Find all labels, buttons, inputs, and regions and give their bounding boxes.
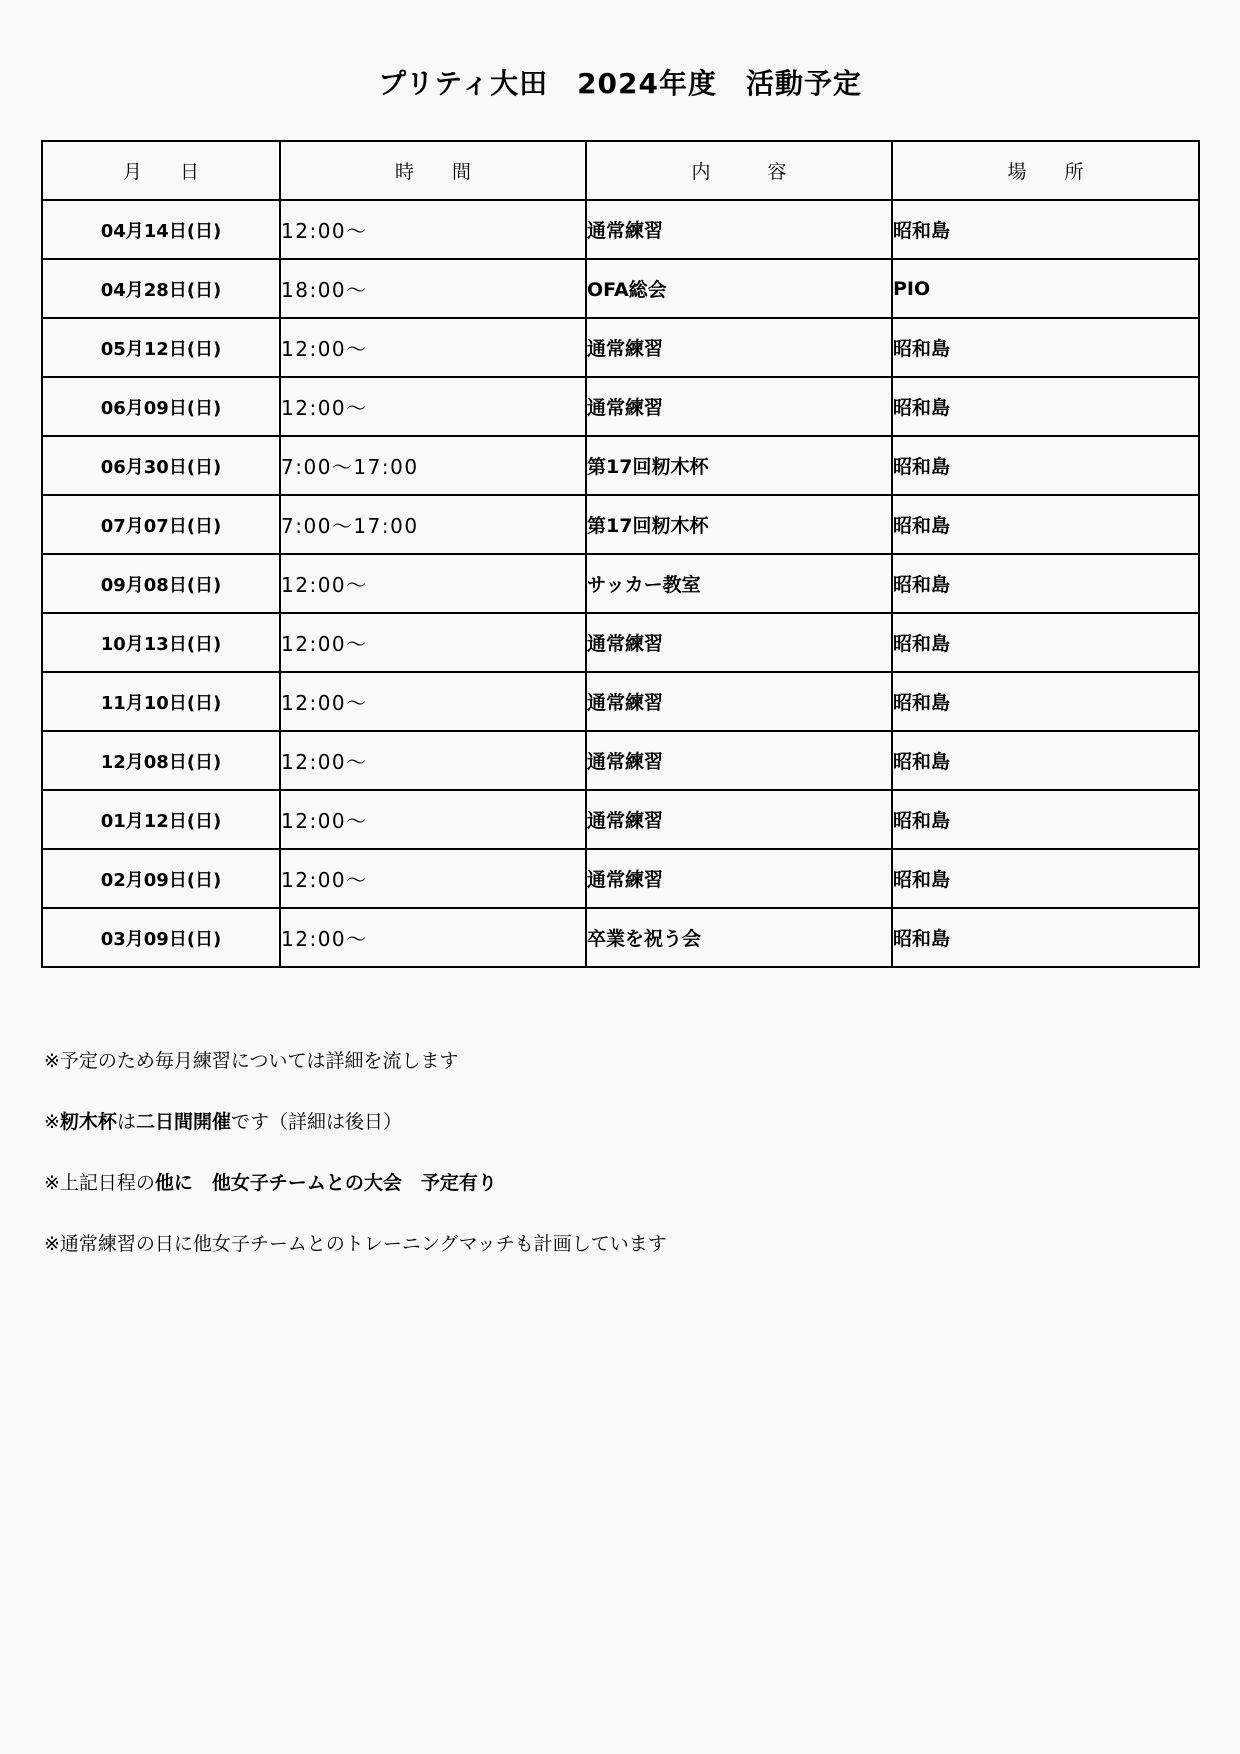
time-cell: 7:00〜17:00	[280, 436, 586, 495]
time-cell: 7:00〜17:00	[280, 495, 586, 554]
date-cell: 04月14日(日)	[42, 200, 280, 259]
place-cell: 昭和島	[892, 200, 1199, 259]
table-row: 07月07日(日)7:00〜17:00第17回籾木杯昭和島	[42, 495, 1199, 554]
table-row: 04月14日(日)12:00〜通常練習昭和島	[42, 200, 1199, 259]
note-emphasis: 二日間開催	[136, 1111, 231, 1133]
date-cell: 05月12日(日)	[42, 318, 280, 377]
date-cell: 12月08日(日)	[42, 731, 280, 790]
date-cell: 03月09日(日)	[42, 908, 280, 967]
place-cell: 昭和島	[892, 436, 1199, 495]
notes-section: ※予定のため毎月練習については詳細を流します※籾木杯は二日間開催です（詳細は後日…	[44, 1046, 1194, 1290]
time-cell: 12:00〜	[280, 613, 586, 672]
time-cell: 12:00〜	[280, 554, 586, 613]
time-cell: 12:00〜	[280, 672, 586, 731]
header-date: 月 日	[42, 141, 280, 200]
date-cell: 11月10日(日)	[42, 672, 280, 731]
content-cell: 通常練習	[586, 790, 892, 849]
date-cell: 06月09日(日)	[42, 377, 280, 436]
note-text: ※通常練習の日に他女子チームとのトレーニングマッチも計画しています	[44, 1233, 667, 1255]
place-cell: 昭和島	[892, 495, 1199, 554]
place-cell: 昭和島	[892, 849, 1199, 908]
date-cell: 07月07日(日)	[42, 495, 280, 554]
time-cell: 12:00〜	[280, 908, 586, 967]
content-cell: 通常練習	[586, 849, 892, 908]
note-text: ※予定のため毎月練習については詳細を流します	[44, 1050, 459, 1072]
date-cell: 09月08日(日)	[42, 554, 280, 613]
note-line: ※籾木杯は二日間開催です（詳細は後日）	[44, 1107, 1194, 1168]
place-cell: 昭和島	[892, 613, 1199, 672]
date-cell: 04月28日(日)	[42, 259, 280, 318]
table-row: 12月08日(日)12:00〜通常練習昭和島	[42, 731, 1199, 790]
page-title: プリティ大田 2024年度 活動予定	[0, 62, 1240, 102]
place-cell: 昭和島	[892, 672, 1199, 731]
schedule-table: 月 日 時 間 内 容 場 所 04月14日(日)12:00〜通常練習昭和島04…	[41, 140, 1200, 968]
content-cell: 通常練習	[586, 318, 892, 377]
place-cell: 昭和島	[892, 908, 1199, 967]
note-text: ※	[44, 1111, 60, 1133]
time-cell: 12:00〜	[280, 318, 586, 377]
place-cell: 昭和島	[892, 318, 1199, 377]
place-cell: PIO	[892, 259, 1199, 318]
time-cell: 12:00〜	[280, 790, 586, 849]
content-cell: 通常練習	[586, 613, 892, 672]
note-line: ※予定のため毎月練習については詳細を流します	[44, 1046, 1194, 1107]
table-row: 11月10日(日)12:00〜通常練習昭和島	[42, 672, 1199, 731]
table-row: 10月13日(日)12:00〜通常練習昭和島	[42, 613, 1199, 672]
table-row: 09月08日(日)12:00〜サッカー教室昭和島	[42, 554, 1199, 613]
content-cell: 通常練習	[586, 672, 892, 731]
content-cell: 第17回籾木杯	[586, 495, 892, 554]
table-row: 04月28日(日)18:00〜OFA総会PIO	[42, 259, 1199, 318]
place-cell: 昭和島	[892, 377, 1199, 436]
table-header-row: 月 日 時 間 内 容 場 所	[42, 141, 1199, 200]
note-text: ※上記日程の	[44, 1172, 155, 1194]
note-line: ※上記日程の他に 他女子チームとの大会 予定有り	[44, 1168, 1194, 1229]
header-time: 時 間	[280, 141, 586, 200]
place-cell: 昭和島	[892, 554, 1199, 613]
table-row: 06月30日(日)7:00〜17:00第17回籾木杯昭和島	[42, 436, 1199, 495]
content-cell: 通常練習	[586, 377, 892, 436]
date-cell: 10月13日(日)	[42, 613, 280, 672]
note-emphasis: 他に 他女子チームとの大会 予定有り	[155, 1172, 497, 1194]
time-cell: 12:00〜	[280, 849, 586, 908]
content-cell: 第17回籾木杯	[586, 436, 892, 495]
time-cell: 12:00〜	[280, 200, 586, 259]
content-cell: 通常練習	[586, 200, 892, 259]
content-cell: 通常練習	[586, 731, 892, 790]
time-cell: 18:00〜	[280, 259, 586, 318]
note-emphasis: 籾木杯	[60, 1111, 117, 1133]
table-row: 05月12日(日)12:00〜通常練習昭和島	[42, 318, 1199, 377]
date-cell: 02月09日(日)	[42, 849, 280, 908]
header-place: 場 所	[892, 141, 1199, 200]
time-cell: 12:00〜	[280, 731, 586, 790]
header-content: 内 容	[586, 141, 892, 200]
date-cell: 01月12日(日)	[42, 790, 280, 849]
table-row: 02月09日(日)12:00〜通常練習昭和島	[42, 849, 1199, 908]
table-row: 06月09日(日)12:00〜通常練習昭和島	[42, 377, 1199, 436]
place-cell: 昭和島	[892, 790, 1199, 849]
note-line: ※通常練習の日に他女子チームとのトレーニングマッチも計画しています	[44, 1229, 1194, 1290]
time-cell: 12:00〜	[280, 377, 586, 436]
table-row: 03月09日(日)12:00〜卒業を祝う会昭和島	[42, 908, 1199, 967]
date-cell: 06月30日(日)	[42, 436, 280, 495]
schedule-rows: 04月14日(日)12:00〜通常練習昭和島04月28日(日)18:00〜OFA…	[42, 200, 1199, 967]
table-row: 01月12日(日)12:00〜通常練習昭和島	[42, 790, 1199, 849]
content-cell: OFA総会	[586, 259, 892, 318]
note-text: です（詳細は後日）	[231, 1111, 402, 1133]
content-cell: サッカー教室	[586, 554, 892, 613]
note-text: は	[117, 1111, 136, 1133]
place-cell: 昭和島	[892, 731, 1199, 790]
content-cell: 卒業を祝う会	[586, 908, 892, 967]
